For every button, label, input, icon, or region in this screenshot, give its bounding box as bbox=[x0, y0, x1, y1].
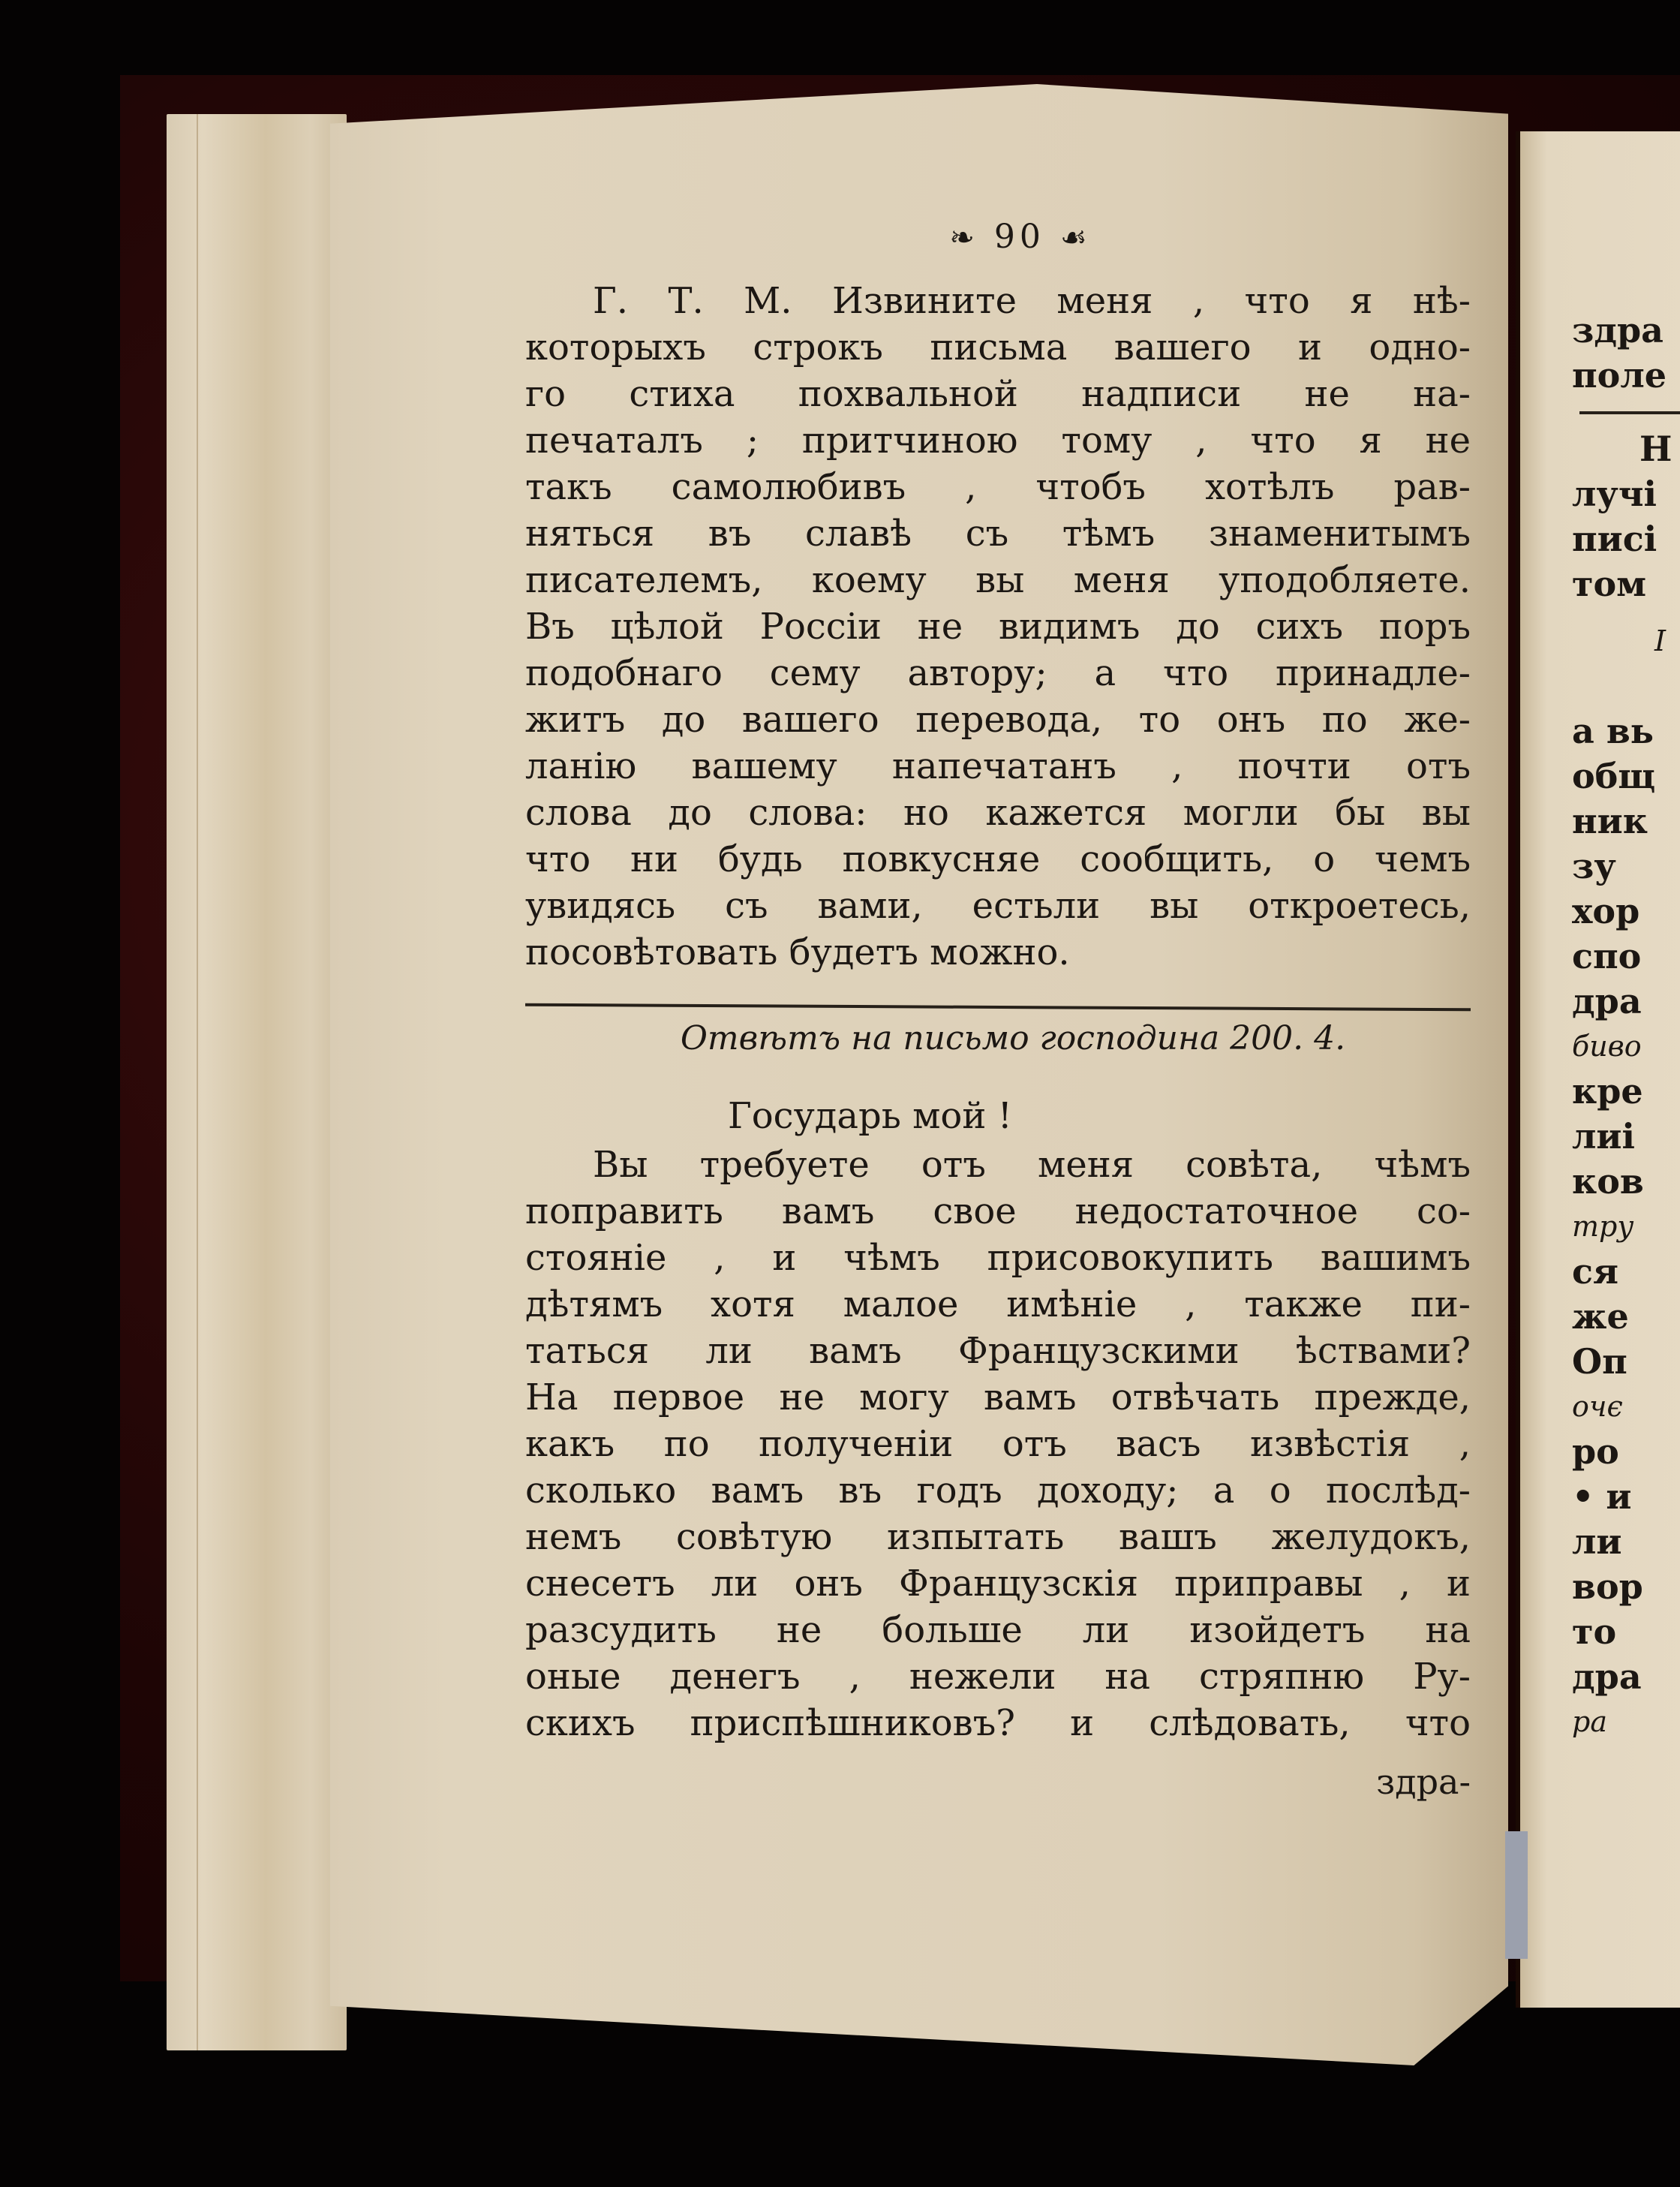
text-line: кре bbox=[1572, 1069, 1680, 1114]
page-number: 90 bbox=[994, 218, 1045, 256]
text-line: сколько вамъ въ годъ доходу; а о послѣд- bbox=[525, 1467, 1471, 1514]
text-line: лиі bbox=[1572, 1114, 1680, 1159]
text-line: ланію вашему напечатанъ , почти отъ bbox=[525, 743, 1471, 790]
text-line: подобнаго сему автору; а что принадле- bbox=[525, 650, 1471, 696]
text-line: здра bbox=[1572, 308, 1680, 353]
text-line: хор bbox=[1572, 889, 1680, 934]
text-line: слова до слова: но кажется могли бы вы bbox=[525, 790, 1471, 836]
text-line: оные денегъ , нежели на стряпню Ру- bbox=[525, 1653, 1471, 1700]
salutation: Государь мой ! bbox=[728, 1095, 1471, 1137]
text-line: ро bbox=[1572, 1429, 1680, 1474]
text-line: общ bbox=[1572, 754, 1680, 799]
ornament-right-icon: ☙ bbox=[1060, 221, 1092, 255]
text-line: какъ по полученіи отъ васъ извѣстія , bbox=[525, 1421, 1471, 1467]
running-head: ❧ 90 ☙ bbox=[570, 218, 1471, 278]
text-line: тру bbox=[1572, 1204, 1680, 1249]
ornament-left-icon: ❧ bbox=[949, 221, 979, 255]
heading-fragment: I bbox=[1572, 618, 1680, 663]
section-caption: Отвѣтъ на письмо господина 200. 4. bbox=[555, 1019, 1471, 1057]
text-line: го стиха похвальной надписи не на- bbox=[525, 371, 1471, 417]
text-line: ра bbox=[1572, 1699, 1680, 1744]
section-divider bbox=[1579, 411, 1680, 414]
text-line: разсудить не больше ли изойдетъ на bbox=[525, 1607, 1471, 1653]
text-line: писі bbox=[1572, 516, 1680, 561]
text-line: вор bbox=[1572, 1564, 1680, 1609]
text-line: ник bbox=[1572, 799, 1680, 844]
text-line: поправить вамъ свое недостаточное со- bbox=[525, 1188, 1471, 1235]
catchword: здра- bbox=[525, 1761, 1471, 1802]
text-line: печаталъ ; притчиною тому , что я не bbox=[525, 417, 1471, 464]
text-line: поле bbox=[1572, 353, 1680, 398]
text-line: же bbox=[1572, 1294, 1680, 1339]
text-line: ся bbox=[1572, 1249, 1680, 1294]
text-line: что ни будь повкусняе сообщить, о чемъ bbox=[525, 836, 1471, 883]
paragraph-2: Вы требуете отъ меня совѣта, чѣмъ поправ… bbox=[525, 1142, 1471, 1746]
right-page-text-fragment: здра поле Н лучі писі том I а вь общ ник… bbox=[1572, 308, 1680, 1744]
text-line: дѣтямъ хотя малое имѣніе , также пи- bbox=[525, 1281, 1471, 1328]
paragraph-1: Г. Т. М. Извините меня , что я нѣ- котор… bbox=[525, 278, 1471, 976]
text-line: Въ цѣлой Россіи не видимъ до сихъ поръ bbox=[525, 603, 1471, 650]
text-line: писателемъ, коему вы меня уподобляете. bbox=[525, 557, 1471, 603]
text-line: житъ до вашего перевода, то онъ по же- bbox=[525, 696, 1471, 743]
left-page-text: ❧ 90 ☙ Г. Т. М. Извините меня , что я нѣ… bbox=[525, 218, 1471, 1802]
text-line: Вы требуете отъ меня совѣта, чѣмъ bbox=[525, 1142, 1471, 1188]
text-line: Г. Т. М. Извините меня , что я нѣ- bbox=[525, 278, 1471, 324]
text-line: немъ совѣтую изпытать вашъ желудокъ, bbox=[525, 1514, 1471, 1560]
text-line: очє bbox=[1572, 1384, 1680, 1429]
text-line: няться въ славѣ съ тѣмъ знаменитымъ bbox=[525, 510, 1471, 557]
text-line: лучі bbox=[1572, 471, 1680, 516]
text-line: снесетъ ли онъ Французскія приправы , и bbox=[525, 1560, 1471, 1607]
text-line: том bbox=[1572, 561, 1680, 606]
gutter-gap bbox=[1505, 1831, 1528, 1959]
text-line: ли bbox=[1572, 1519, 1680, 1564]
text-line: спо bbox=[1572, 934, 1680, 979]
text-line: Оп bbox=[1572, 1339, 1680, 1384]
text-line: На первое не могу вамъ отвѣчать прежде, bbox=[525, 1374, 1471, 1421]
text-line: • и bbox=[1572, 1474, 1680, 1519]
text-line: биво bbox=[1572, 1024, 1680, 1069]
text-line: ков bbox=[1572, 1159, 1680, 1204]
page-stack-edge bbox=[167, 114, 347, 2050]
text-line: посовѣтовать будетъ можно. bbox=[525, 929, 1471, 976]
text-line: которыхъ строкъ письма вашего и одно- bbox=[525, 324, 1471, 371]
text-line: стояніе , и чѣмъ присовокупить вашимъ bbox=[525, 1235, 1471, 1281]
text-line: таться ли вамъ Французскими ѣствами? bbox=[525, 1328, 1471, 1374]
text-line: дра bbox=[1572, 979, 1680, 1024]
section-divider bbox=[525, 1003, 1471, 1012]
text-line: а вь bbox=[1572, 708, 1680, 754]
text-line: Н bbox=[1572, 426, 1680, 471]
text-line: зу bbox=[1572, 844, 1680, 889]
text-line: дра bbox=[1572, 1654, 1680, 1699]
text-line: то bbox=[1572, 1609, 1680, 1654]
text-line: увидясь съ вами, естьли вы откроетесь, bbox=[525, 883, 1471, 929]
text-line: такъ самолюбивъ , чтобъ хотѣлъ рав- bbox=[525, 464, 1471, 510]
text-line: скихъ приспѣшниковъ? и слѣдовать, что bbox=[525, 1700, 1471, 1746]
